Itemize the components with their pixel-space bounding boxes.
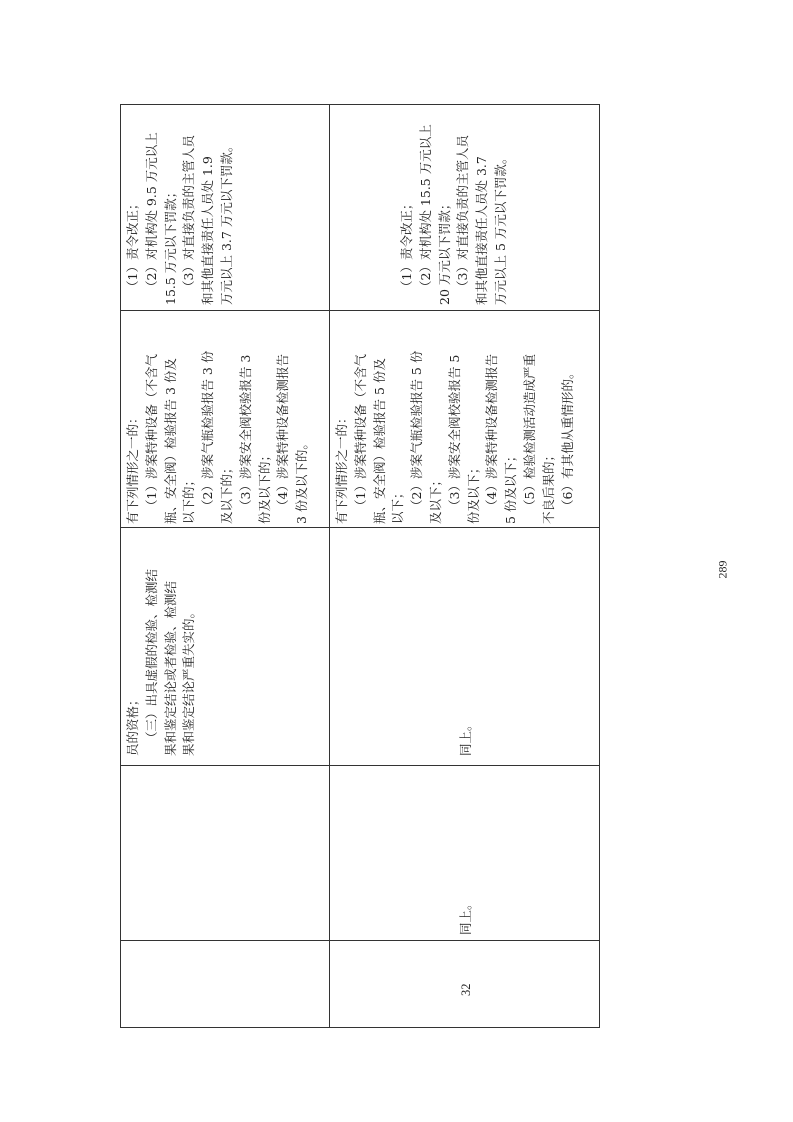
row-32-basis-cell: 同上。 (457, 855, 476, 935)
circumstance-line: 有下列情形之一的： (124, 314, 143, 524)
circumstance-line: （2）涉案气瓶检验报告 5 份 (408, 314, 427, 524)
circumstance-line: 以下； (389, 314, 408, 524)
penalty-line: （2）对机构处 15.5 万元以上 (417, 110, 436, 305)
row-divider (329, 104, 330, 1028)
circumstance-line: 有下列情形之一的： (333, 314, 352, 524)
circumstance-line: （4）涉案特种设备检测报告 (483, 314, 502, 524)
document-page: （1）责令改正； （1）责令改正； （2）对机构处 9.5 万元以上 15.5 … (0, 0, 793, 1122)
circumstance-line: （6）有其他从重情形的。 (559, 314, 578, 524)
circumstance-line: （5）检验检测活动造成严重 (521, 314, 540, 524)
circumstance-line: 瓶、安全阀）检验报告 5 份及 (371, 314, 390, 524)
penalty-line: 万元以上 3.7 万元以下罚款。 (218, 110, 237, 305)
circumstance-line: 不良后果的； (540, 314, 559, 524)
circumstance-line: （1）涉案特种设备（不含气 (143, 314, 162, 524)
table-border-left (120, 104, 121, 1028)
circumstance-line: （3）涉案安全阀校验报告 3 (237, 314, 256, 524)
page-number: 289 (716, 561, 731, 579)
row-32-serial-cell: 32 (457, 956, 476, 996)
row-prev-violation-cell: 员的资格； （三）出具虚假的检验、检测结 果和鉴定结论或者检验、检测结 果和鉴定… (124, 526, 199, 756)
basis-text: 同上。 (457, 855, 476, 935)
circumstance-line: 以下的； (180, 314, 199, 524)
circumstance-line: （1）涉案特种设备（不含气 (352, 314, 371, 524)
row-32-circumstances-cell: 有下列情形之一的： （1）涉案特种设备（不含气 瓶、安全阀）检验报告 5 份及 … (333, 314, 577, 524)
penalty-line: 和其他直接责任人员处 1.9 (199, 110, 218, 305)
violation-line: 果和鉴定结论或者检验、检测结 (162, 526, 181, 756)
circumstance-line: 及以下的； (218, 314, 237, 524)
violation-line: 同上。 (457, 656, 476, 756)
row-32-violation-cell: 同上。 (457, 656, 476, 756)
penalty-line: 15.5 万元以下罚款； (162, 110, 181, 305)
circumstance-line: （3）涉案安全阀校验报告 5 (446, 314, 465, 524)
penalty-line: 和其他直接责任人员处 3.7 (473, 110, 492, 305)
circumstance-line: （4）涉案特种设备检测报告 (274, 314, 293, 524)
row-prev-circumstances-cell: 有下列情形之一的： （1）涉案特种设备（不含气 瓶、安全阀）检验报告 3 份及 … (124, 314, 312, 524)
circumstance-line: （2）涉案气瓶检验报告 3 份 (199, 314, 218, 524)
circumstance-line: 瓶、安全阀）检验报告 3 份及 (162, 314, 181, 524)
penalty-line: （1）责令改正； (398, 110, 417, 305)
table-border-bottom (120, 1027, 600, 1028)
circumstance-line: 3 份及以下的。 (293, 314, 312, 524)
row-prev-penalty-cell: （1）责令改正； （2）对机构处 9.5 万元以上 15.5 万元以下罚款； （… (124, 110, 237, 305)
circumstance-line: 及以下； (427, 314, 446, 524)
penalty-line: 万元以上 5 万元以下罚款。 (492, 110, 511, 305)
row-32-penalty-cell: （1）责令改正； （2）对机构处 15.5 万元以上 20 万元以下罚款； （3… (398, 110, 511, 305)
penalty-line: （3）对直接负责的主管人员 (180, 110, 199, 305)
table-border-right (599, 104, 600, 1028)
penalty-line: 20 万元以下罚款； (436, 110, 455, 305)
circumstance-line: 份及以下； (465, 314, 484, 524)
column-divider-violation (120, 765, 600, 766)
circumstance-line: 份及以下的； (256, 314, 275, 524)
table-border-top (120, 104, 600, 105)
penalty-line: （3）对直接负责的主管人员 (454, 110, 473, 305)
column-divider-penalty (120, 310, 600, 311)
circumstance-line: 5 份及以下； (502, 314, 521, 524)
violation-line: 果和鉴定结论严重失实的。 (180, 526, 199, 756)
violation-line: （三）出具虚假的检验、检测结 (143, 526, 162, 756)
penalty-line: （1）责令改正； (124, 110, 143, 305)
violation-line: 员的资格； (124, 526, 143, 756)
penalty-line: （2）对机构处 9.5 万元以上 (143, 110, 162, 305)
column-divider-basis (120, 940, 600, 941)
serial-number: 32 (457, 956, 476, 996)
